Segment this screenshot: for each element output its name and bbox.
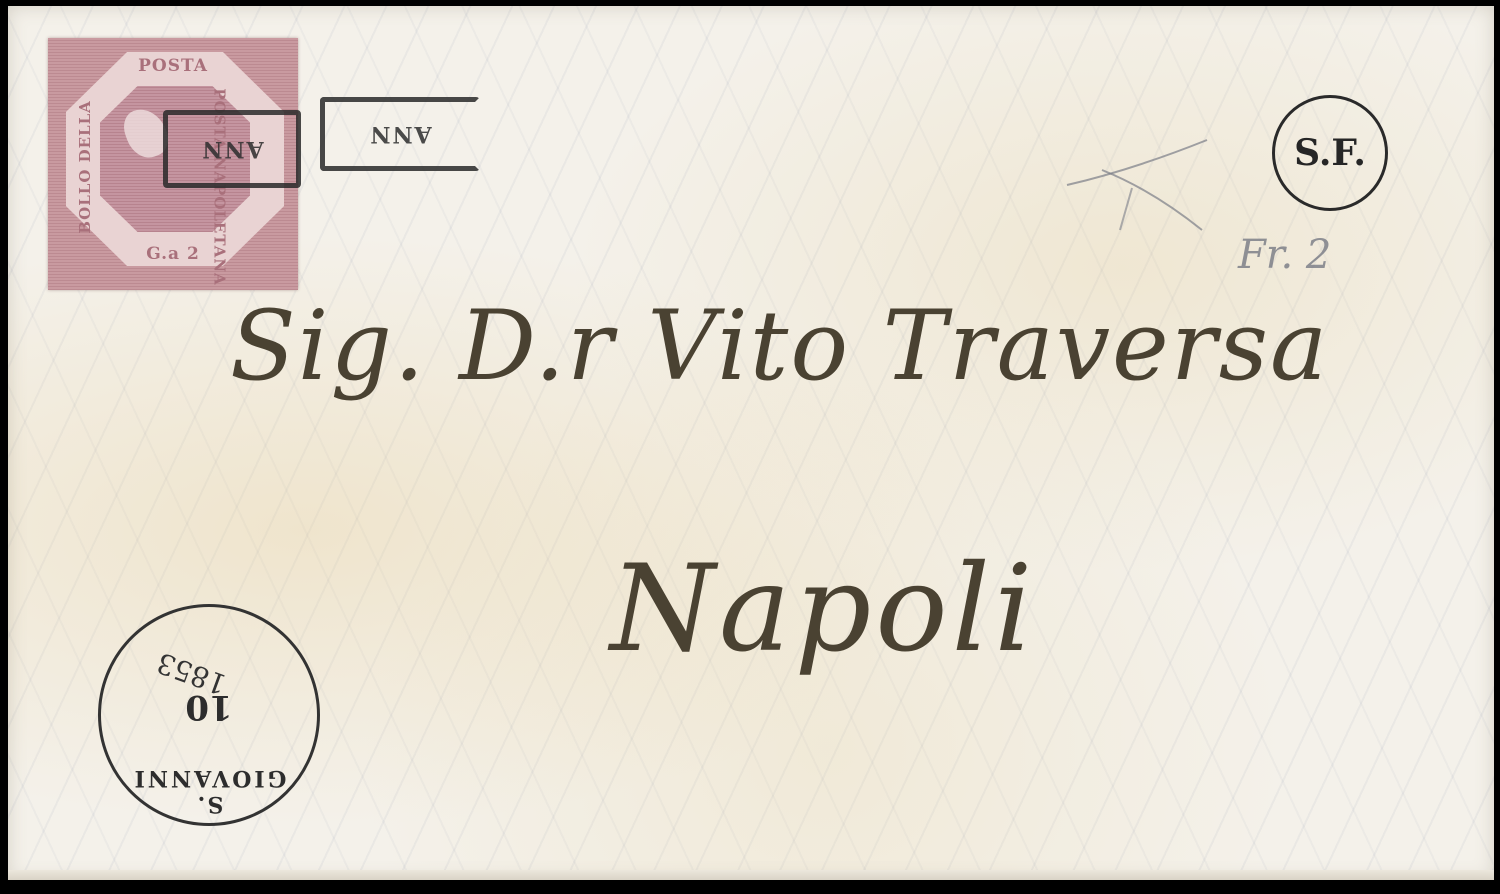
stamp-value-text: G.a 2 <box>48 244 298 264</box>
pencil-rate-mark: Fr. 2 <box>1238 232 1331 278</box>
datestamp-day: 10 <box>101 687 317 727</box>
pencil-cross-mark-icon <box>1062 130 1212 250</box>
stamp-left-text: BOLLO DELLA <box>76 100 94 234</box>
circular-datestamp: 1853 10 S. GIOVANNI <box>98 604 320 826</box>
boxed-cancel-on-cover: ANN <box>320 97 480 171</box>
cover-fold-edge <box>8 870 1494 880</box>
datestamp-town: S. GIOVANNI <box>121 765 297 817</box>
sf-circular-handstamp: S.F. <box>1272 95 1388 211</box>
manuscript-addressee: Sig. D.r Vito Traversa <box>230 290 1329 402</box>
manuscript-destination-city: Napoli <box>610 540 1036 679</box>
boxed-cancel-on-stamp: ANN <box>163 110 301 188</box>
stamp-top-text: POSTA <box>48 56 298 76</box>
